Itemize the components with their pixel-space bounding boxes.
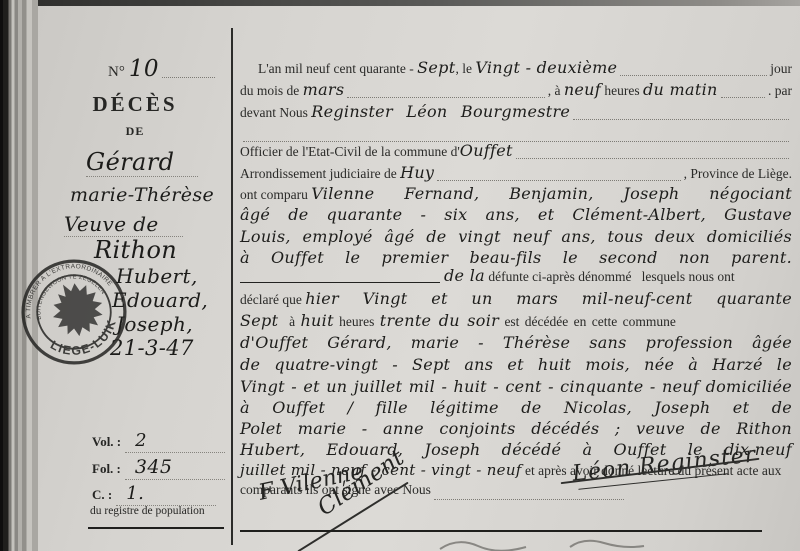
handwritten-text: Reginster Léon Bourgmestre <box>311 102 570 121</box>
printed-text: , Province de Liège. <box>684 166 792 182</box>
act-line-1: L'an mil neuf cent quarante - Sept , le … <box>240 58 792 80</box>
ledger-top-edge <box>0 0 800 6</box>
handwritten-text: de la <box>444 266 485 285</box>
vol-row: Vol. : 2 <box>92 430 225 453</box>
leader-dots <box>573 119 789 120</box>
printed-text: . par <box>768 83 792 99</box>
act-line-7: ont comparu Vilenne Fernand, Benjamin, J… <box>240 184 792 206</box>
handwritten-text: à Ouffet / fille légitime de Nicolas, Jo… <box>240 398 792 417</box>
leader-dots <box>347 97 544 98</box>
register-note: du registre de population <box>90 505 205 517</box>
fol-value: 345 <box>125 456 225 480</box>
fol-row: Fol. : 345 <box>92 456 225 480</box>
record-bottom-rule <box>240 530 762 532</box>
act-line-5: Officier de l'Etat-Civil de la commune d… <box>240 141 792 163</box>
act-line-18: Polet marie - anne conjoints décédés ; v… <box>240 419 792 441</box>
c-label: C. : <box>92 487 112 502</box>
printed-text: heures <box>601 83 643 99</box>
handwritten-text: Huy <box>400 163 434 182</box>
handwritten-text: Sept <box>240 311 278 330</box>
margin-title: DÉCÈS <box>40 92 230 117</box>
leader-dots <box>162 77 215 78</box>
act-line-13: Sept à huit heures trente du soir est dé… <box>240 311 792 333</box>
handwritten-text: Vingt - deuxième <box>475 58 617 77</box>
printed-text: , le <box>455 61 475 77</box>
death-register-scan: N° 10 DÉCÈS DE Gérard marie-Thérèse Veuv… <box>0 0 800 551</box>
printed-text: devant Nous <box>240 105 311 121</box>
printed-text: heures <box>334 314 380 330</box>
act-number-row: N° 10 <box>108 56 218 82</box>
c-value: 1. <box>116 483 216 506</box>
leader-dots <box>434 499 624 500</box>
handwritten-text: d'Ouffet Gérard, marie - Thérèse sans pr… <box>240 333 792 352</box>
printed-text: défunte ci-après dénommé lesquels nous o… <box>485 269 735 285</box>
handwritten-text: Ouffet <box>460 141 513 160</box>
act-line-16: Vingt - et un juillet mil - huit - cent … <box>240 377 792 399</box>
handwritten-text: du matin <box>643 80 718 99</box>
act-line-6: Arrondissement judiciaire de Huy , Provi… <box>240 163 792 185</box>
printed-text: jour <box>770 61 792 77</box>
act-line-17: à Ouffet / fille légitime de Nicolas, Jo… <box>240 398 792 420</box>
handwritten-text: de quatre-vingt - Sept ans et huit mois,… <box>240 355 792 374</box>
act-line-11: de la défunte ci-après dénommé lesquels … <box>240 266 792 288</box>
handwritten-text: âgé de quarante - six ans, et Clément-Al… <box>240 205 792 224</box>
handwritten-text: trente du soir <box>380 311 499 330</box>
c-row: C. : 1. <box>92 483 216 506</box>
handwritten-text: à Ouffet le premier beau-fils le second … <box>240 248 792 267</box>
act-line-3: devant Nous Reginster Léon Bourgmestre <box>240 102 792 124</box>
act-line-8: âgé de quarante - six ans, et Clément-Al… <box>240 205 792 227</box>
handwritten-text: Polet marie - anne conjoints décédés ; v… <box>240 419 792 438</box>
leader-dots <box>437 180 680 181</box>
printed-text: Arrondissement judiciaire de <box>240 166 400 182</box>
printed-text: à <box>278 314 300 330</box>
printed-text: Officier de l'Etat-Civil de la commune d… <box>240 144 460 160</box>
margin-deceased-surname: Gérard <box>86 148 198 177</box>
fol-label: Fol. : <box>92 461 121 476</box>
handwritten-text: Louis, employé âgé de vingt neuf ans, to… <box>240 227 792 246</box>
act-line-12: déclaré que hier Vingt et un mars mil-ne… <box>240 289 792 311</box>
handwritten-text: huit <box>300 311 333 330</box>
act-line-2: du mois de mars , à neuf heures du matin… <box>240 80 792 102</box>
handwritten-text: Sept <box>417 58 455 77</box>
printed-text: , à <box>548 83 564 99</box>
act-line-14: d'Ouffet Gérard, marie - Thérèse sans pr… <box>240 333 792 355</box>
printed-text: ont comparu <box>240 187 311 203</box>
leader-dots <box>721 97 765 98</box>
vol-value: 2 <box>125 430 225 453</box>
printed-text: est décédée en cette commune <box>499 314 676 330</box>
act-number-label: N° <box>108 64 125 81</box>
handwritten-text: Vilenne Fernand, Benjamin, Joseph négoci… <box>311 184 792 203</box>
printed-text: du mois de <box>240 83 303 99</box>
vol-label: Vol. : <box>92 434 121 449</box>
margin-bottom-rule <box>88 527 224 529</box>
handwritten-text: mars <box>303 80 345 99</box>
act-number-value: 10 <box>129 56 159 82</box>
next-record-partial-strokes <box>430 536 670 551</box>
void-strike-line <box>240 282 440 283</box>
margin-divider-line <box>231 28 233 545</box>
leader-dots <box>516 158 789 159</box>
margin-spouse-given-1: Hubert, <box>116 264 198 288</box>
leader-dots <box>620 75 767 76</box>
handwritten-text: hier Vingt et un mars mil-neuf-cent quar… <box>305 289 792 308</box>
margin-subtitle: DE <box>40 124 230 139</box>
margin-deceased-givenname: marie-Thérèse <box>70 184 214 206</box>
printed-text: L'an mil neuf cent quarante - <box>240 61 417 77</box>
act-line-15: de quatre-vingt - Sept ans et huit mois,… <box>240 355 792 377</box>
margin-widow-label: Veuve de <box>64 212 183 237</box>
handwritten-text: neuf <box>564 80 601 99</box>
printed-text: déclaré que <box>240 292 305 308</box>
handwritten-text: Vingt - et un juillet mil - huit - cent … <box>240 377 792 396</box>
act-line-9: Louis, employé âgé de vingt neuf ans, to… <box>240 227 792 249</box>
